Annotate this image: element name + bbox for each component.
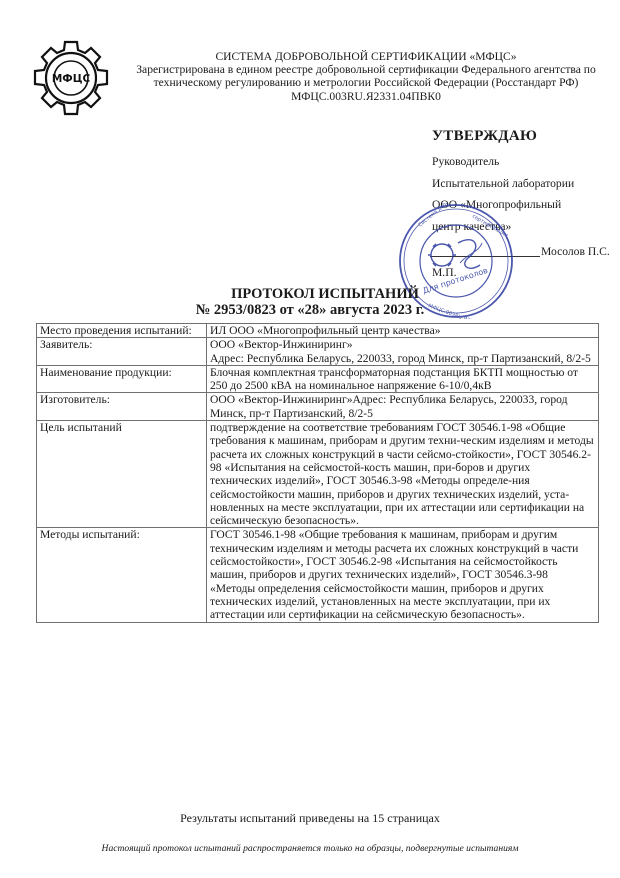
row-value: ООО «Вектор-Инжиниринг» Адрес: Республик… xyxy=(207,338,599,366)
protocol-heading: ПРОТОКОЛ ИСПЫТАНИЙ № 2953/0823 от «28» а… xyxy=(0,286,620,318)
approval-title: УТВЕРЖДАЮ xyxy=(432,128,620,145)
header-registration-line: Зарегистрирована в едином реестре добров… xyxy=(112,63,620,76)
header-registration-line-2: техническому регулированию и метрологии … xyxy=(112,76,620,89)
svg-text:МФЦС: МФЦС xyxy=(52,73,91,85)
results-pages-note: Результаты испытаний приведены на 15 стр… xyxy=(0,811,620,826)
row-value: ГОСТ 30546.1-98 «Общие требования к маши… xyxy=(207,528,599,622)
applicant-name: ООО «Вектор-Инжиниринг» xyxy=(210,338,595,351)
applicant-address: Адрес: Республика Беларусь, 220033, горо… xyxy=(210,352,595,365)
table-row: Методы испытаний: ГОСТ 30546.1-98 «Общие… xyxy=(37,528,599,622)
table-row: Изготовитель: ООО «Вектор-Инжиниринг»Адр… xyxy=(37,393,599,421)
approval-position: Руководитель xyxy=(432,155,620,177)
row-label: Заявитель: xyxy=(37,338,207,366)
table-row: Цель испытаний подтверждение на соответс… xyxy=(37,421,599,528)
certification-header: СИСТЕМА ДОБРОВОЛЬНОЙ СЕРТИФИКАЦИИ «МФЦС»… xyxy=(112,50,620,103)
approval-lab: Испытательной лаборатории xyxy=(432,177,620,199)
table-row: Заявитель: ООО «Вектор-Инжиниринг» Адрес… xyxy=(37,338,599,366)
row-label: Изготовитель: xyxy=(37,393,207,421)
row-value: Блочная комплектная трансформаторная под… xyxy=(207,365,599,393)
header-registry-code: МФЦС.003RU.Я2331.04ПВК0 xyxy=(112,90,620,103)
header-system-name: СИСТЕМА ДОБРОВОЛЬНОЙ СЕРТИФИКАЦИИ «МФЦС» xyxy=(112,50,620,63)
row-value: ИЛ ООО «Многопрофильный центр качества» xyxy=(207,324,599,338)
protocol-number: № 2953/0823 от «28» августа 2023 г. xyxy=(0,302,620,318)
row-label: Методы испытаний: xyxy=(37,528,207,622)
row-label: Место проведения испытаний: xyxy=(37,324,207,338)
mfcs-logo-icon: МФЦС xyxy=(31,38,111,118)
scope-disclaimer: Настоящий протокол испытаний распростран… xyxy=(0,843,620,854)
table-row: Наименование продукции: Блочная комплект… xyxy=(37,365,599,393)
row-label: Наименование продукции: xyxy=(37,365,207,393)
table-row: Место проведения испытаний: ИЛ ООО «Мног… xyxy=(37,324,599,338)
row-label: Цель испытаний xyxy=(37,421,207,528)
row-value: подтверждение на соответствие требования… xyxy=(207,421,599,528)
svg-text:Система добровольной: Система добровольной xyxy=(417,203,470,229)
protocol-info-table: Место проведения испытаний: ИЛ ООО «Мног… xyxy=(36,323,599,623)
signer-name: Мосолов П.С. xyxy=(541,245,610,258)
protocol-title: ПРОТОКОЛ ИСПЫТАНИЙ xyxy=(0,286,620,302)
row-value: ООО «Вектор-Инжиниринг»Адрес: Республика… xyxy=(207,393,599,421)
